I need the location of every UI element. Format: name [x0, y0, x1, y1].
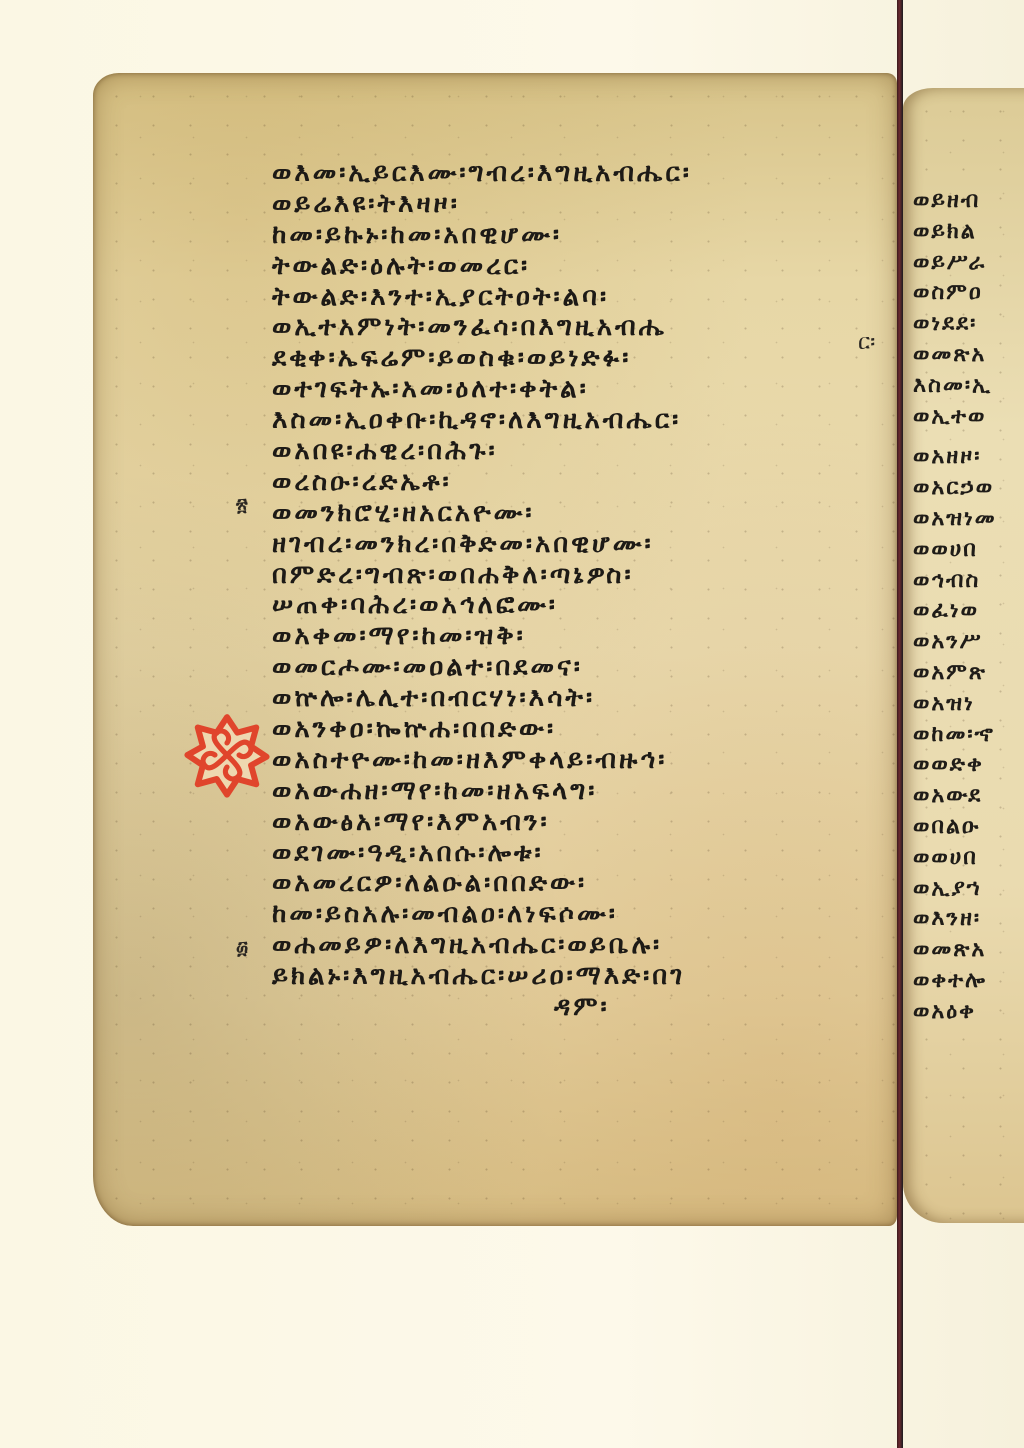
facing-text-line: ወበልዑ: [913, 812, 1024, 843]
text-line: ወሐመይዎ፡ለእግዚአብሔር፡ወይቤሉ፡: [272, 930, 892, 961]
text-line: እስመ፡ኢዐቀቡ፡ኪዳኖ፡ለእግዚአብሔር፡: [272, 405, 892, 436]
text-line: ወአውሐዘ፡ማየ፡ከመ፡ዘአፍላግ፡: [272, 776, 892, 807]
facing-text-line: ወእንዘ፡: [913, 904, 1024, 935]
facing-text-line: ወአዝነ: [913, 689, 1024, 720]
facing-text-line: ወወድቀ: [913, 750, 1024, 781]
text-line: ወአበዩ፡ሐዊረ፡በሕጉ፡: [272, 436, 892, 467]
facing-text-line: ወአምጽ: [913, 658, 1024, 689]
facing-text-line: ወኅብስ: [913, 566, 1024, 597]
text-line: ትውልድ፡ዕሉት፡ወመረር፡: [272, 251, 892, 282]
text-line: ወኵሎ፡ሌሊተ፡በብርሃነ፡እሳት፡: [272, 683, 892, 714]
text-line: ወደገሙ፡ዓዲ፡አበሱ፡ሎቱ፡: [272, 838, 892, 869]
facing-text-line: ወቀተሎ: [913, 966, 1024, 997]
text-line: ደቂቀ፡ኤፍሬም፡ይወስቁ፡ወይነድፉ፡: [272, 343, 892, 374]
facing-text-line: ወመጽአ: [913, 340, 1024, 371]
facing-text-line: ወወሀበ: [913, 535, 1024, 566]
text-line: ከመ፡ይስአሉ፡መብልዐ፡ለነፍሶሙ፡: [272, 899, 892, 930]
facing-text-line: ወፈነወ: [913, 596, 1024, 627]
text-line: ወረስዑ፡ረድኤቶ፡: [272, 467, 892, 498]
text-line: ወኢተአምነት፡መንፈሳ፡በእግዚአብሔ: [272, 312, 892, 343]
text-line: ወአስተዮሙ፡ከመ፡ዘእምቀላይ፡ብዙኅ፡: [272, 745, 892, 776]
text-line: ወአቀመ፡ማየ፡ከመ፡ዝቅ፡: [272, 621, 892, 652]
text-line: በምድረ፡ግብጽ፡ወበሐቅለ፡ጣኔዎስ፡: [272, 560, 892, 591]
text-line: ወመርሖሙ፡መዐልተ፡በደመና፡: [272, 652, 892, 683]
text-line: ይክልኑ፡እግዚአብሔር፡ሠሪዐ፡ማእድ፡በገ: [272, 961, 892, 992]
text-line: ወተገፍትኡ፡አመ፡ዕለተ፡ቀትል፡: [272, 374, 892, 405]
text-line: ወእመ፡ኢይርእሙ፡ግብረ፡እግዚአብሔር፡: [272, 158, 892, 189]
facing-text-line: ወአዝነመ: [913, 504, 1024, 535]
red-knot-ornament-icon: [184, 712, 270, 798]
main-text-column: ወእመ፡ኢይርእሙ፡ግብረ፡እግዚአብሔር፡ ወይሬእዩ፡ትእዛዞ፡ ከመ፡ይኩ…: [272, 158, 892, 1023]
text-line: ሠጠቀ፡ባሕረ፡ወአኅለፎሙ፡: [272, 590, 892, 621]
text-line: ዘገብረ፡መንክረ፡በቅድመ፡አበዊሆሙ፡: [272, 529, 892, 560]
facing-text-line: እስመ፡ኢ: [913, 371, 1024, 402]
margin-verse-numeral: ፳: [236, 495, 248, 516]
facing-text-line: ወይዘብ: [913, 186, 1024, 217]
text-line-final: ዳም፡: [272, 992, 892, 1023]
facing-text-line: ወኢተወ: [913, 402, 1024, 433]
facing-page-text: ወይዘብ ወይክል ወይሥራ ወስምዐ ወነደደ፡ ወመጽአ እስመ፡ኢ ወኢተ…: [913, 186, 1024, 1028]
facing-text-line: ወአንሥ: [913, 627, 1024, 658]
text-line: ወአመረርዎ፡ለልዑል፡በበድው፡: [272, 868, 892, 899]
text-line: ከመ፡ይኩኑ፡ከመ፡አበዊሆሙ፡: [272, 220, 892, 251]
margin-note: ር፡: [858, 330, 875, 355]
text-line: ወአውፅአ፡ማየ፡እምአብን፡: [272, 807, 892, 838]
facing-text-line: ወይሥራ: [913, 248, 1024, 279]
facing-text-line: ወአውደ: [913, 781, 1024, 812]
facing-text-line: ወይክል: [913, 217, 1024, 248]
facing-text-line: ወወሀበ: [913, 843, 1024, 874]
facing-text-line: ወነደደ፡: [913, 309, 1024, 340]
facing-text-line: ወአዕቀ: [913, 997, 1024, 1028]
facing-text-line: ወመጽአ: [913, 935, 1024, 966]
margin-verse-numeral: ፴: [236, 938, 248, 959]
facing-text-line: ወአዘዞ፡: [913, 442, 1024, 473]
facing-text-line: ወኢያኀ: [913, 874, 1024, 905]
facing-text-line: ወስምዐ: [913, 278, 1024, 309]
facing-gap: [913, 432, 1024, 442]
text-line: ወአንቀዐ፡ኰኵሐ፡በበድው፡: [272, 714, 892, 745]
text-line: ወመንክሮሂ፡ዘአርአዮሙ፡: [272, 498, 892, 529]
facing-text-line: ወከመ፡ኆ: [913, 720, 1024, 751]
facing-text-line: ወአርኃወ: [913, 473, 1024, 504]
text-line: ትውልድ፡እንተ፡ኢያርትዐት፡ልባ፡: [272, 282, 892, 313]
text-line: ወይሬእዩ፡ትእዛዞ፡: [272, 189, 892, 220]
